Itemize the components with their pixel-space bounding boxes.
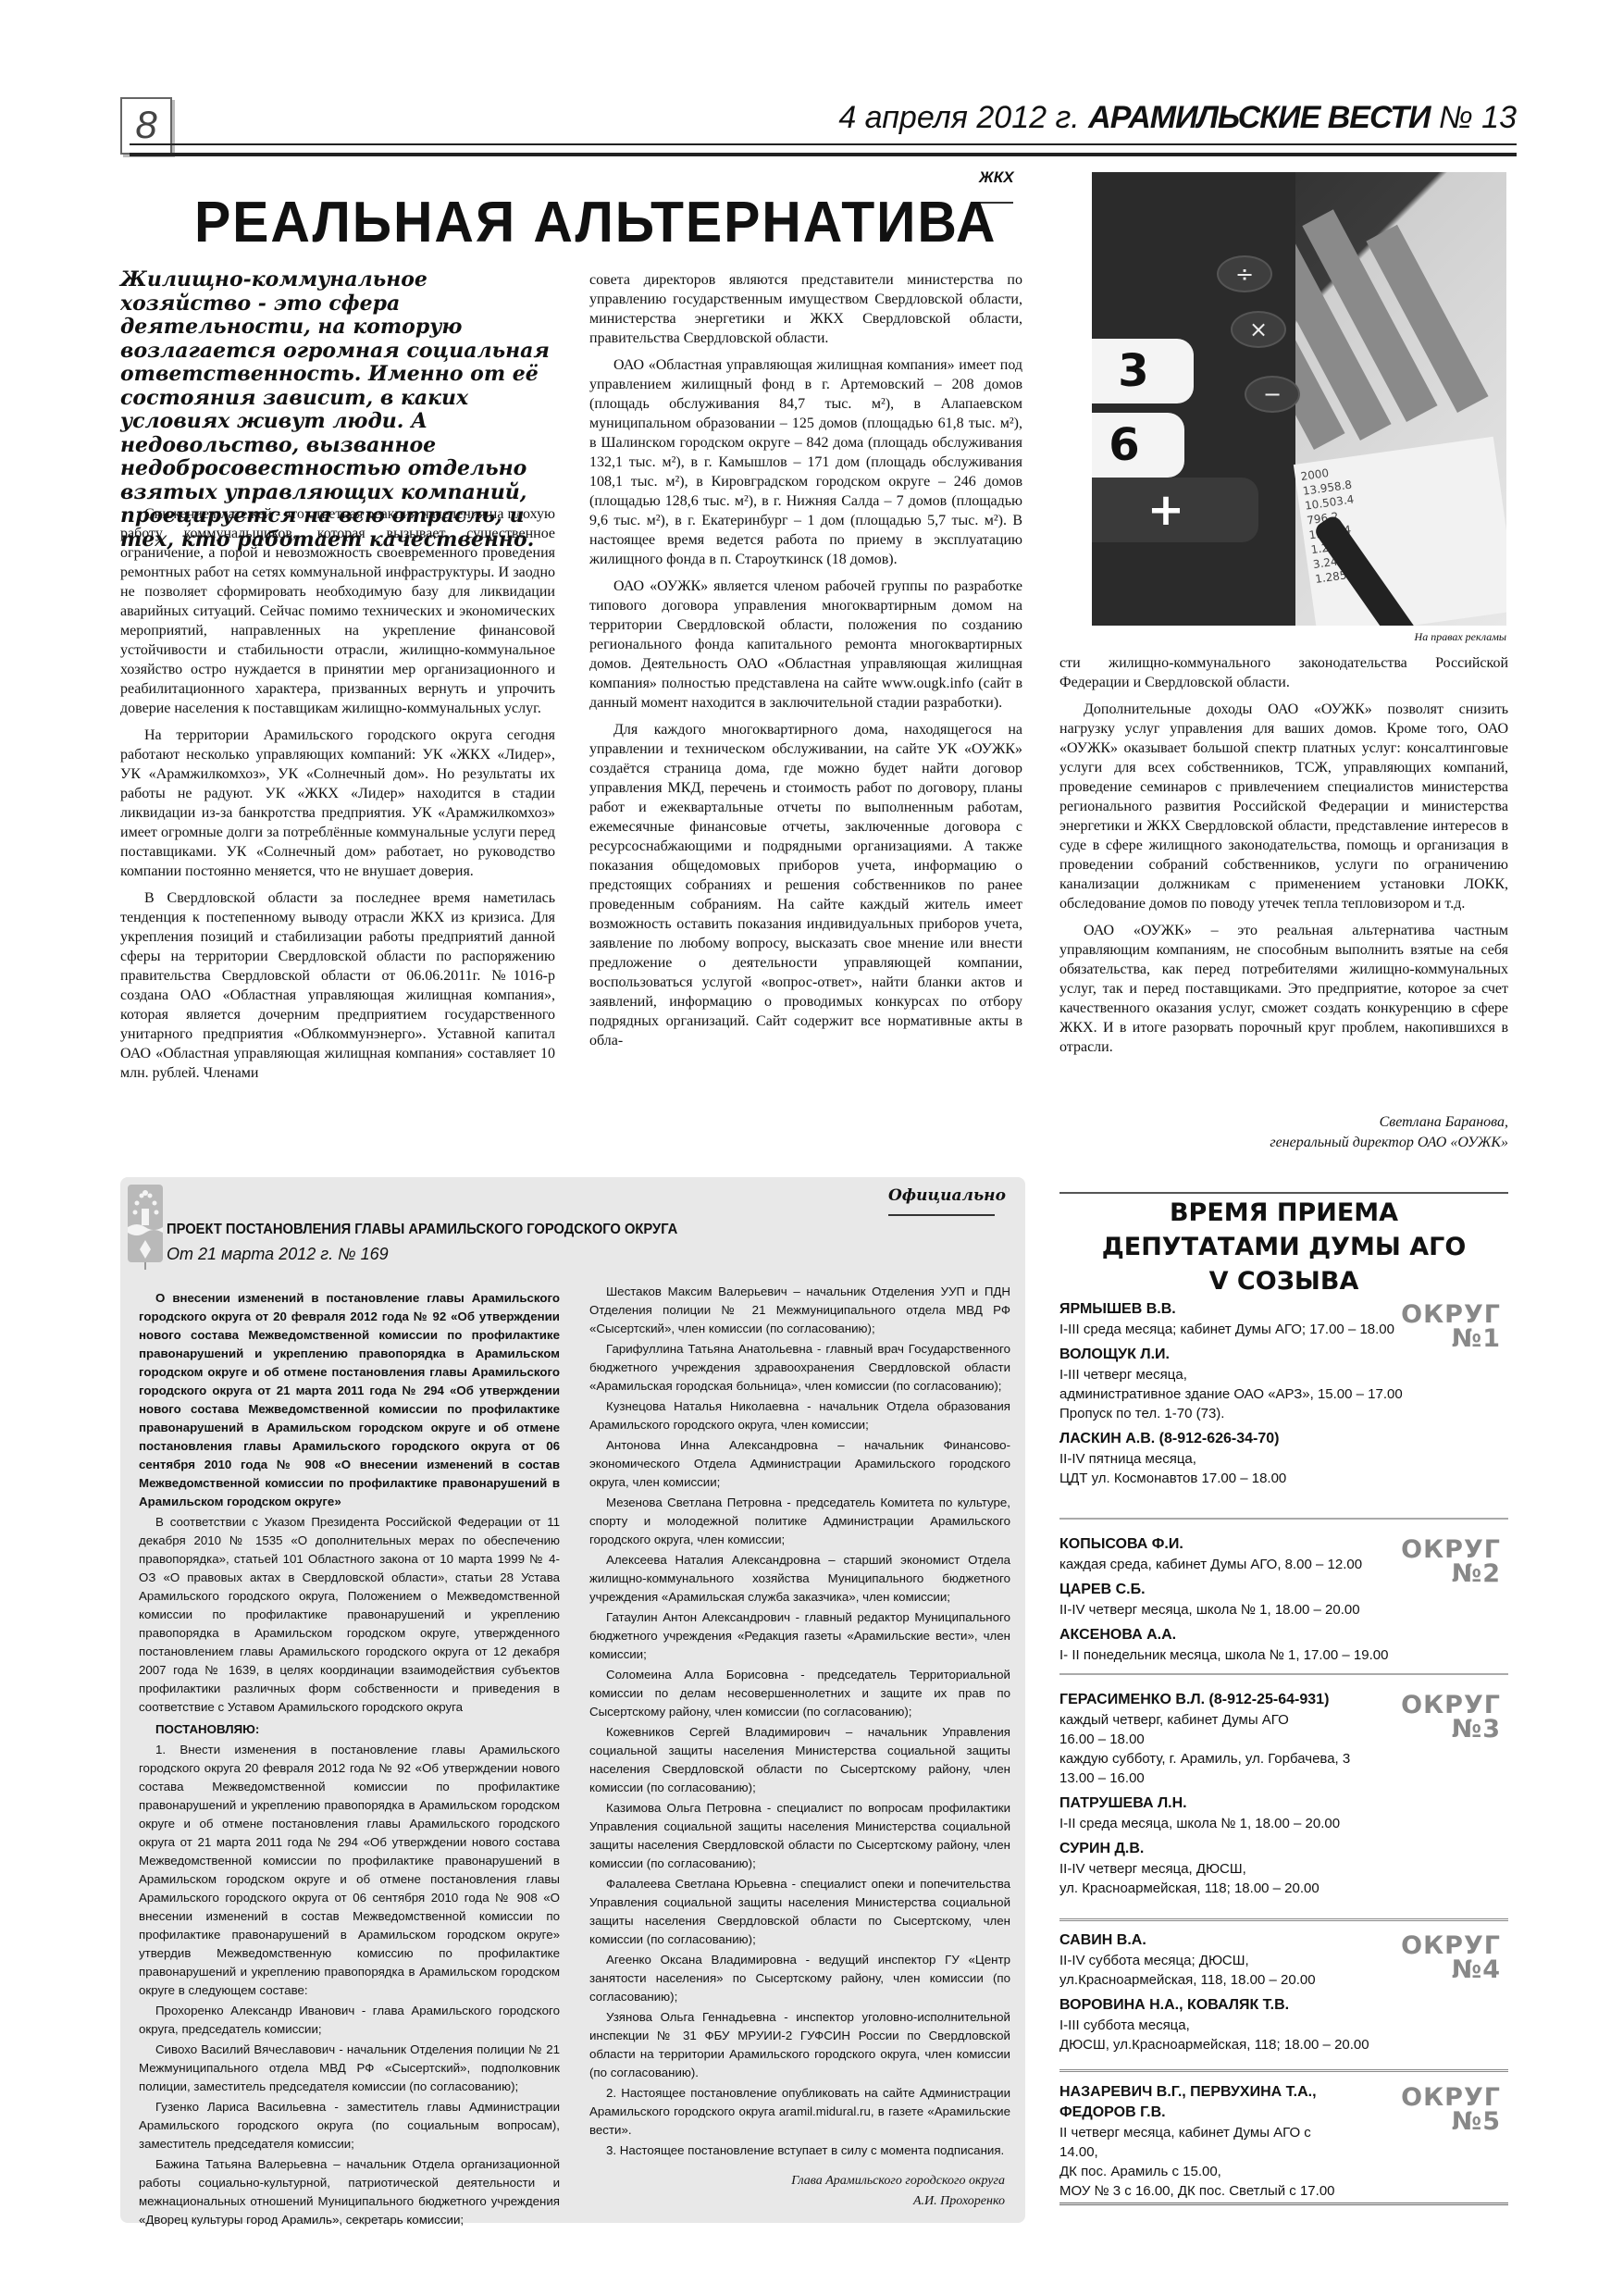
commission-member: Сивохо Василий Вячеславович - начальник … [139, 2041, 560, 2096]
reception-time: I-III четверг месяца, [1059, 1365, 1508, 1384]
three-key-icon: 3 [1092, 339, 1194, 403]
district-number: №2 [1401, 1562, 1501, 1586]
district-badge: ОКРУГ №4 [1401, 1934, 1501, 1982]
newspaper-name: АРАМИЛЬСКИЕ ВЕСТИ [1088, 100, 1430, 135]
photo-caption: На правах рекламы [1221, 630, 1506, 644]
schedule-top-rule [1059, 1192, 1508, 1194]
reception-time: II-IV четверг месяца, школа № 1, 18.00 –… [1059, 1600, 1508, 1620]
paragraph: ОАО «Областная управляющая жилищная комп… [589, 355, 1022, 569]
commission-member: Антонова Инна Александровна – начальник … [589, 1436, 1010, 1492]
reception-place: ДК пос. Арамиль с 15.00, [1059, 2162, 1337, 2181]
reception-note: Пропуск по тел. 1-70 (73). [1059, 1404, 1508, 1423]
schedule-title-line: ВРЕМЯ ПРИЕМА [1059, 1196, 1508, 1230]
minus-key-icon: − [1245, 376, 1300, 413]
reception-time: I- II понедельник месяца, школа № 1, 17.… [1059, 1645, 1508, 1665]
decree-column-2: Шестаков Максим Валерьевич – начальник О… [589, 1283, 1010, 2162]
paragraph: Для каждого многоквартирного дома, наход… [589, 720, 1022, 1050]
deputy-entry: НАЗАРЕВИЧ В.Г., ПЕРВУХИНА Т.А., ФЕДОРОВ … [1059, 2082, 1337, 2201]
article-column-1: Снижение платежей - это ответная реакция… [120, 504, 555, 1090]
deputy-name: НАЗАРЕВИЧ В.Г., ПЕРВУХИНА Т.А., ФЕДОРОВ … [1059, 2082, 1337, 2123]
deputy-entry: ВОЛОЩУК Л.И. I-III четверг месяца, админ… [1059, 1345, 1508, 1423]
signer-name: А.И. Прохоренко [791, 2191, 1005, 2212]
reception-place: ДЮСШ, ул.Красноармейская, 118; 18.00 – 2… [1059, 2035, 1508, 2054]
article-column-2: совета директоров являются представители… [589, 270, 1022, 1058]
district-5: ОКРУГ №5 НАЗАРЕВИЧ В.Г., ПЕРВУХИНА Т.А.,… [1059, 2082, 1508, 2206]
author-title: генеральный директор ОАО «ОУЖК» [1270, 1133, 1508, 1153]
deputy-name: СУРИН Д.В. [1059, 1839, 1508, 1859]
district-badge: ОКРУГ №2 [1401, 1538, 1501, 1586]
deputy-entry: СУРИН Д.В. II-IV четверг месяца, ДЮСШ, у… [1059, 1839, 1508, 1898]
decree-date: От 21 марта 2012 г. № 169 [167, 1245, 389, 1264]
decree-resolve: ПОСТАНОВЛЯЮ: [139, 1720, 560, 1739]
reception-time: II четверг месяца, кабинет Думы АГО с 14… [1059, 2123, 1337, 2162]
schedule-title: ВРЕМЯ ПРИЕМА ДЕПУТАТАМИ ДУМЫ АГО V СОЗЫВ… [1059, 1196, 1508, 1298]
official-rubric-underline [888, 1214, 995, 1216]
decree-column-1: О внесении изменений в постановление гла… [139, 1289, 560, 2231]
signer-title: Глава Арамильского городского округа [791, 2171, 1005, 2191]
district-badge: ОКРУГ №1 [1401, 1303, 1501, 1351]
district-number: №3 [1401, 1718, 1501, 1742]
commission-member: Фалалеева Светлана Юрьевна - специалист … [589, 1875, 1010, 1949]
author-name: Светлана Баранова, [1270, 1112, 1508, 1133]
commission-member: Мезенова Светлана Петровна - председател… [589, 1494, 1010, 1549]
reception-place: административное здание ОАО «АРЗ», 15.00… [1059, 1384, 1508, 1404]
commission-member: Гарифуллина Татьяна Анатольевна - главны… [589, 1340, 1010, 1396]
reception-time: II-IV четверг месяца, ДЮСШ, [1059, 1859, 1508, 1879]
paragraph: Дополнительные доходы ОАО «ОУЖК» позволя… [1059, 700, 1508, 913]
reception-place: каждую субботу, г. Арамиль, ул. Горбачев… [1059, 1749, 1508, 1769]
six-key-icon: 6 [1092, 413, 1184, 478]
deputy-entry: АКСЕНОВА А.А. I- II понедельник месяца, … [1059, 1625, 1508, 1665]
divide-key-icon: ÷ [1217, 255, 1272, 292]
district-3: ОКРУГ №3 ГЕРАСИМЕНКО В.Л. (8-912-25-64-9… [1059, 1690, 1508, 1904]
reception-time: II-IV пятница месяца, [1059, 1449, 1508, 1469]
commission-member: Гузенко Лариса Васильевна - заместитель … [139, 2098, 560, 2153]
commission-member: Узянова Ольга Геннадьевна - инспектор уг… [589, 2008, 1010, 2082]
district-badge: ОКРУГ №5 [1401, 2086, 1501, 2134]
paragraph: Снижение платежей - это ответная реакция… [120, 504, 555, 718]
district-divider [1059, 1918, 1508, 1921]
decree-clause: 3. Настоящее постановление вступает в си… [589, 2141, 1010, 2160]
commission-member: Казимова Ольга Петровна - специалист по … [589, 1799, 1010, 1873]
reception-time: I-III суббота месяца, [1059, 2016, 1508, 2035]
commission-member: Агеенко Оксана Владимировна - ведущий ин… [589, 1951, 1010, 2006]
decree-preamble: В соответствии с Указом Президента Росси… [139, 1513, 560, 1717]
article-rubric: ЖКХ [979, 168, 1014, 187]
commission-member: Кожевников Сергей Владимирович – начальн… [589, 1723, 1010, 1797]
deputy-name: ПАТРУШЕВА Л.Н. [1059, 1793, 1508, 1814]
official-rubric: Официально [888, 1186, 1006, 1205]
plus-key-icon: + [1092, 478, 1258, 542]
district-number: №1 [1401, 1327, 1501, 1351]
district-badge: ОКРУГ №3 [1401, 1694, 1501, 1742]
multiply-key-icon: × [1231, 311, 1286, 348]
schedule-title-line: ДЕПУТАТАМИ ДУМЫ АГО [1059, 1230, 1508, 1264]
masthead: 4 апреля 2012 г. АРАМИЛЬСКИЕ ВЕСТИ № 13 [838, 100, 1517, 136]
district-1: ОКРУГ №1 ЯРМЫШЕВ В.В. I-III среда месяца… [1059, 1299, 1508, 1494]
decree-title: ПРОЕКТ ПОСТАНОВЛЕНИЯ ГЛАВЫ АРАМИЛЬСКОГО … [167, 1222, 677, 1238]
issue-number: № 13 [1439, 100, 1517, 135]
deputy-name: ВОРОВИНА Н.А., КОВАЛЯК Т.В. [1059, 1995, 1508, 2016]
calculator-photo: ÷ × − 3 6 + 2000 13.958.8 10.503.4 796.2… [1092, 172, 1506, 626]
commission-member: Бажина Татьяна Валерьевна – начальник От… [139, 2155, 560, 2229]
coat-of-arms-icon [128, 1185, 163, 1270]
commission-member: Кузнецова Наталья Николаевна - начальник… [589, 1397, 1010, 1434]
deputy-name: АКСЕНОВА А.А. [1059, 1625, 1508, 1645]
deputy-entry: ПАТРУШЕВА Л.Н. I-II среда месяца, школа … [1059, 1793, 1508, 1833]
deputy-name: ЛАСКИН А.В. (8-912-626-34-70) [1059, 1429, 1508, 1449]
district-divider [1059, 2069, 1508, 2072]
schedule-title-line: V СОЗЫВА [1059, 1264, 1508, 1298]
reception-place: ул. Красноармейская, 118; 18.00 – 20.00 [1059, 1879, 1508, 1898]
issue-date: 4 апреля 2012 г. [838, 100, 1079, 135]
paragraph: сти жилищно-коммунального законодательст… [1059, 653, 1508, 692]
commission-member: Прохоренко Александр Иванович - глава Ар… [139, 2002, 560, 2039]
district-number: №4 [1401, 1958, 1501, 1982]
decree-clause: 1. Внести изменения в постановление глав… [139, 1741, 560, 2000]
paragraph: На территории Арамильского городского ок… [120, 726, 555, 881]
reception-place: МОУ № 3 с 16.00, ДК пос. Светлый с 17.00 [1059, 2181, 1337, 2201]
commission-member: Алексеева Наталия Александровна – старши… [589, 1551, 1010, 1607]
decree-signature: Глава Арамильского городского округа А.И… [791, 2171, 1005, 2212]
paragraph: совета директоров являются представители… [589, 270, 1022, 348]
paragraph: В Свердловской области за последнее врем… [120, 888, 555, 1083]
deputy-entry: ЛАСКИН А.В. (8-912-626-34-70) II-IV пятн… [1059, 1429, 1508, 1488]
deputy-entry: ВОРОВИНА Н.А., КОВАЛЯК Т.В. I-III суббот… [1059, 1995, 1508, 2054]
district-divider [1059, 1673, 1508, 1675]
reception-place: ЦДТ ул. Космонавтов 17.00 – 18.00 [1059, 1469, 1508, 1488]
schedule-bottom-rule [1059, 2203, 1508, 2205]
header-rule [130, 143, 1517, 156]
district-divider [1059, 1518, 1508, 1520]
commission-member: Гатаулин Антон Александрович - главный р… [589, 1608, 1010, 1664]
district-4: ОКРУГ №4 САВИН В.А. II-IV суббота месяца… [1059, 1930, 1508, 2060]
decree-subject: О внесении изменений в постановление гла… [139, 1289, 560, 1511]
commission-member: Шестаков Максим Валерьевич – начальник О… [589, 1283, 1010, 1338]
commission-member: Соломеина Алла Борисовна - председатель … [589, 1666, 1010, 1721]
district-2: ОКРУГ №2 КОПЫСОВА Ф.И. каждая среда, каб… [1059, 1534, 1508, 1670]
decree-clause: 2. Настоящее постановление опубликовать … [589, 2084, 1010, 2140]
paragraph: ОАО «ОУЖК» – это реальная альтернатива ч… [1059, 921, 1508, 1057]
paragraph: ОАО «ОУЖК» является членом рабочей групп… [589, 577, 1022, 713]
district-number: №5 [1401, 2110, 1501, 2134]
article-column-3: сти жилищно-коммунального законодательст… [1059, 653, 1508, 1064]
reception-time: I-II среда месяца, школа № 1, 18.00 – 20… [1059, 1814, 1508, 1833]
article-headline: РЕАЛЬНАЯ АЛЬТЕРНАТИВА [194, 190, 933, 255]
reception-hours: 13.00 – 16.00 [1059, 1769, 1508, 1788]
article-signature: Светлана Баранова, генеральный директор … [1270, 1112, 1508, 1153]
